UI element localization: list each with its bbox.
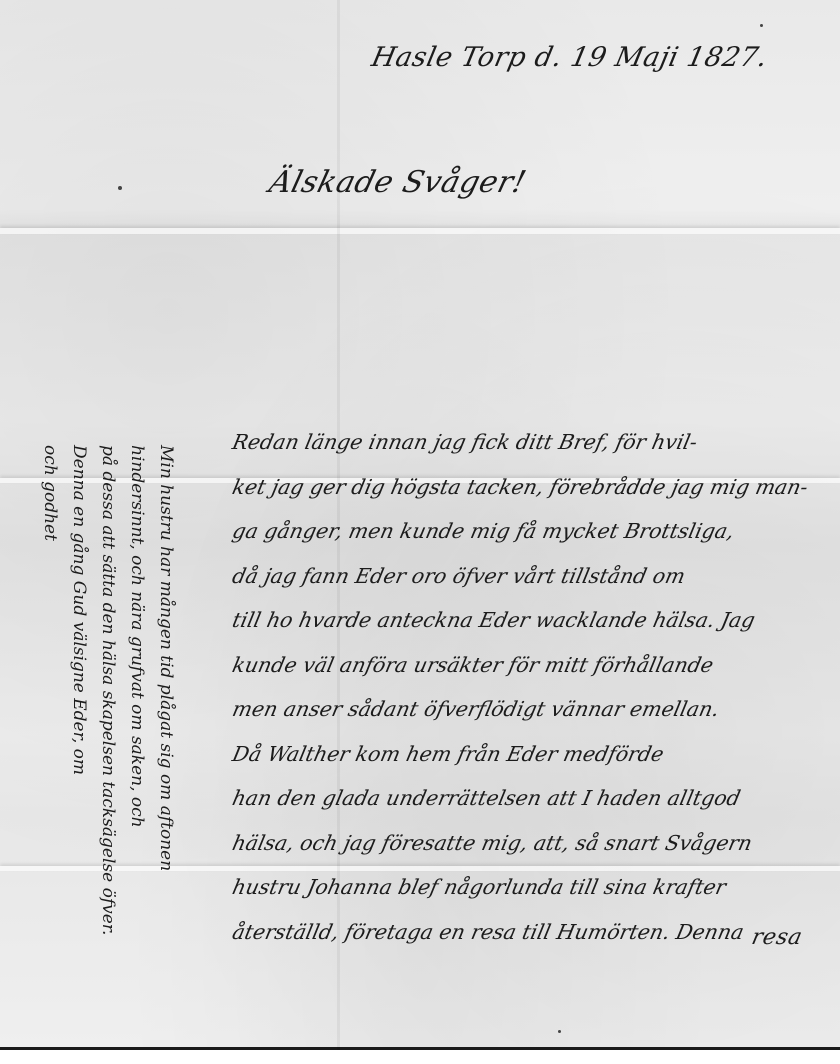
body-line: kunde väl anföra ursäkter för mitt förhå… — [228, 643, 840, 688]
body-line: ga gånger, men kunde mig få mycket Brott… — [228, 509, 840, 554]
margin-line: på dessa att sätta den hälsa skapelsen t… — [93, 445, 122, 1025]
body-line: då jag fann Eder oro öfver vårt tillstån… — [228, 554, 840, 599]
body-line: återställd, företaga en resa till Humört… — [228, 910, 840, 955]
ink-speck — [760, 24, 763, 27]
fold-crease — [0, 228, 840, 234]
margin-note: Min hustru har mången tid plågat sig om … — [30, 445, 180, 1025]
body-line: hustru Johanna blef någorlunda till sina… — [228, 865, 840, 910]
salutation: Älskade Svåger! — [266, 165, 530, 200]
margin-line: Denna en gång Gud välsigne Eder, om — [64, 445, 93, 1025]
body-line: ket jag ger dig högsta tacken, förebrådd… — [228, 465, 840, 510]
margin-line: hindersinnt, och nära grufvat om saken, … — [122, 445, 151, 1025]
body-line: men anser sådant öfverflödigt vännar eme… — [228, 687, 840, 732]
body-line: Redan länge innan jag fick ditt Bref, fö… — [228, 420, 840, 465]
body-line: hälsa, och jag föresatte mig, att, så sn… — [228, 821, 840, 866]
dateline: Hasle Torp d. 19 Maji 1827. — [369, 42, 771, 73]
margin-line: Min hustru har mången tid plågat sig om … — [151, 445, 180, 1025]
ink-speck — [118, 186, 122, 190]
body-line: han den glada underrättelsen att I haden… — [228, 776, 840, 821]
body-line: Då Walther kom hem från Eder medförde — [228, 732, 840, 777]
catchword: resa — [749, 925, 804, 950]
letter-page: Hasle Torp d. 19 Maji 1827. Älskade Svåg… — [0, 0, 840, 1050]
margin-line: och godhet — [35, 445, 64, 1025]
body-line: till ho hvarde anteckna Eder wacklande h… — [228, 598, 840, 643]
letter-body: Redan länge innan jag fick ditt Bref, fö… — [228, 420, 838, 954]
ink-speck — [558, 1030, 561, 1033]
